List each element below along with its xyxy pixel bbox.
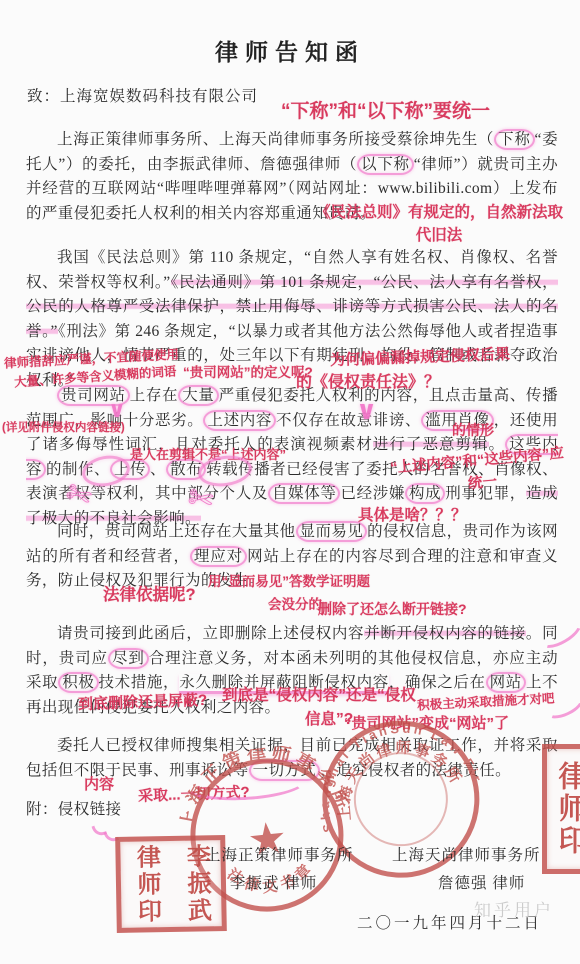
strike-marked-text: 并断开侵权内容的链接	[364, 625, 526, 642]
body-text: 已经涉嫌	[340, 485, 405, 502]
lawyer2-name: 詹德强 律师	[438, 871, 525, 893]
firm2-name: 上海天尚律师事务所	[392, 843, 541, 865]
handwritten-annotation: “贵司网站”的定义呢?	[183, 361, 313, 381]
firm1-name: 上海正策律师事务所	[205, 843, 354, 865]
body-text: 不仅存在故意诽谤、	[276, 412, 421, 429]
lawyer1-name: 李振武 律师	[230, 871, 317, 893]
letter-page: 律师告知函 致：上海宽娱数码科技有限公司 上海正策律师事务所、上海天尚律师事务所…	[0, 0, 580, 964]
circle-marked-text: 下称	[494, 129, 534, 150]
body-text: 技术措施，	[99, 674, 180, 691]
circle-marked-text: 贵司网站	[57, 385, 130, 406]
handwritten-annotation: 具体是啥？？？	[358, 503, 467, 525]
circle-marked-text: 大量	[178, 385, 218, 406]
handwritten-annotation: 法律依据呢?	[103, 581, 196, 605]
body-text: 同时，贵司网站上还存在大量其他	[57, 523, 296, 540]
handwritten-annotation: 内容	[84, 773, 114, 794]
handwritten-annotation: 用“显而易见”答数学证明题	[208, 570, 370, 590]
circle-marked-text: 尽到	[108, 648, 149, 669]
recipient-line: 致：上海宽娱数码科技有限公司	[27, 84, 258, 106]
body-text: 附：侵权链接	[26, 801, 121, 818]
circle-marked-text: 理应对	[190, 546, 247, 567]
circle-marked-text: 构成	[405, 483, 445, 504]
circle-marked-text: 积极	[58, 672, 98, 693]
handwritten-annotation: 是人在剪辑不是“上述内容”	[130, 444, 286, 463]
circle-marked-text: 上述内容	[203, 410, 276, 431]
seal-text: 律师印	[556, 761, 580, 857]
page-title: 律师告知函	[0, 34, 580, 67]
handwritten-annotation: 删除了还怎么断开链接?	[318, 599, 467, 619]
handwritten-annotation: (详见附件侵权内容链接)	[2, 419, 125, 435]
zhihu-watermark: 知乎用户	[474, 896, 554, 921]
handwritten-annotation: 会没分的	[268, 593, 322, 613]
circle-marked-text: 显而易见	[296, 521, 368, 542]
handwritten-annotation: 的情形	[452, 420, 494, 440]
circle-marked-text: 以下称	[357, 154, 414, 175]
body-text: 的制作、	[46, 461, 110, 478]
body-text: 上存在	[130, 387, 179, 404]
handwritten-annotation: 统一	[467, 470, 498, 493]
handwritten-annotation: 到底是“侵权内容”还是“侵权	[222, 683, 416, 705]
body-text: 请贵司接到此函后，立即删除上述侵权内容	[57, 625, 364, 642]
circle-marked-text: 自媒体等	[268, 483, 341, 504]
handwritten-annotation: 的《侵权责任法》？	[296, 369, 440, 392]
lawyer-seal-right-clipped: 律师印	[542, 744, 580, 874]
seal-text: 律师印	[133, 844, 158, 925]
body-text: 上海正策律师事务所、上海天尚律师事务所接受蔡徐坤先生（	[57, 131, 494, 148]
handwritten-annotation: “下称”和“以下称”要统一	[281, 96, 490, 123]
body-text: 、	[150, 461, 166, 478]
handwritten-annotation: 《民法总则》有规定的，自然新法取代旧法	[308, 201, 570, 247]
